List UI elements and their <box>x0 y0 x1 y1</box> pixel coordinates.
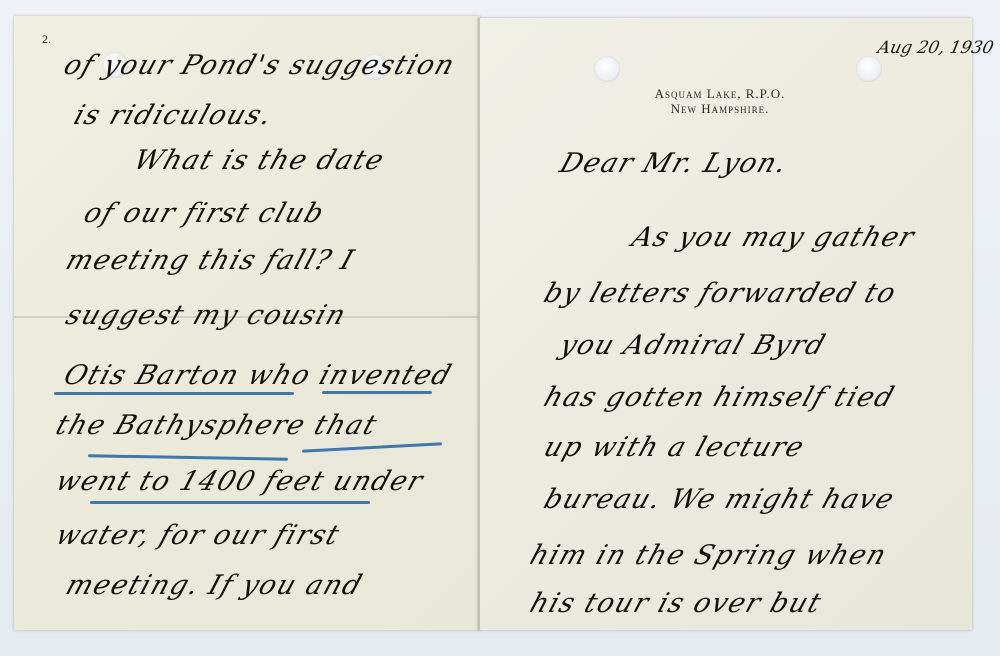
handwritten-line: meeting. If you and <box>62 570 367 601</box>
handwritten-line: What is the date <box>130 145 389 176</box>
page-number: 2. <box>42 32 51 47</box>
handwritten-line: suggest my cousin <box>62 300 351 331</box>
handwritten-line: him in the Spring when <box>526 540 891 571</box>
blue-underline <box>322 391 432 394</box>
salutation: Dear Mr. Lyon. <box>556 148 792 179</box>
handwritten-line: bureau. We might have <box>540 484 899 515</box>
punch-hole-icon <box>594 56 620 82</box>
handwritten-line: Otis Barton who invented <box>60 360 456 391</box>
letter-date: Aug 20, 1930 <box>876 38 995 58</box>
handwritten-line: went to 1400 feet under <box>52 466 428 497</box>
handwritten-line: of your Pond's suggestion <box>60 50 459 81</box>
handwritten-line: by letters forwarded to <box>540 278 901 309</box>
handwritten-line: meeting this fall? I <box>62 245 359 276</box>
handwritten-line: you Admiral Byrd <box>556 330 830 361</box>
blue-underline <box>90 501 370 504</box>
handwritten-line: his tour is over but <box>526 588 826 619</box>
letterhead-line-1: Asquam Lake, R.P.O. <box>620 86 820 101</box>
handwritten-line: has gotten himself tied <box>540 382 899 413</box>
handwritten-line: of our first club <box>80 198 329 229</box>
letterhead-line-2: New Hampshire. <box>620 101 820 116</box>
handwritten-line: As you may gather <box>628 222 919 253</box>
handwritten-line: is ridiculous. <box>70 100 277 131</box>
blue-underline <box>54 392 294 395</box>
letterhead: Asquam Lake, R.P.O. New Hampshire. <box>620 86 820 116</box>
handwritten-line: the Bathysphere that <box>52 410 381 441</box>
handwritten-line: up with a lecture <box>540 432 809 463</box>
page-gutter <box>478 18 480 630</box>
handwritten-line: water, for our first <box>52 520 344 551</box>
punch-hole-icon <box>856 56 882 82</box>
